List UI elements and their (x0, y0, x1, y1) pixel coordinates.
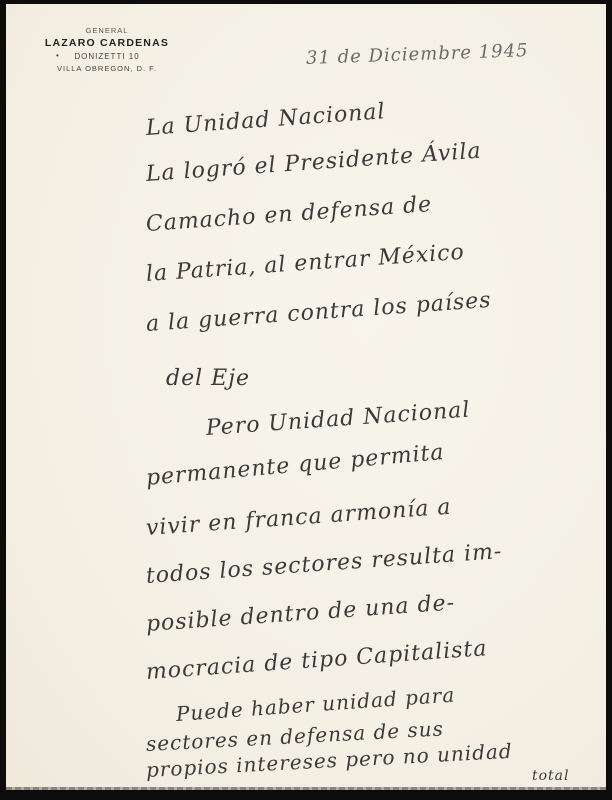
handwritten-line: posible dentro de una de- (145, 590, 456, 637)
handwritten-line: La logró el Presidente Ávila (145, 139, 482, 187)
handwritten-line: La Unidad Nacional (145, 99, 386, 141)
letterhead-rank: GENERAL (22, 26, 192, 35)
handwritten-line: la Patria, al entrar México (145, 240, 465, 287)
handwritten-line: a la guerra contra los países (145, 288, 492, 337)
handwritten-line: total (532, 768, 570, 784)
letter-date: 31 de Diciembre 1945 (306, 40, 529, 69)
handwritten-line: todos los sectores resulta im- (145, 539, 503, 589)
handwritten-line: del Eje (166, 366, 250, 391)
letterhead-city: VILLA OBREGON, D. F. (22, 64, 192, 73)
handwritten-line: mocracia de tipo Capitalista (145, 636, 488, 685)
letterhead-street-text: DONIZETTI 10 (74, 52, 139, 61)
handwritten-line: vivir en franca armonía a (145, 495, 452, 541)
letter-page: GENERAL LAZARO CARDENAS • DONIZETTI 10 V… (6, 4, 606, 790)
letterhead: GENERAL LAZARO CARDENAS • DONIZETTI 10 V… (22, 26, 192, 73)
handwritten-line: Camacho en defensa de (145, 192, 433, 237)
letterhead-street: • DONIZETTI 10 (22, 52, 192, 61)
letterhead-name: LAZARO CARDENAS (22, 37, 192, 49)
handwritten-line: permanente que permita (145, 440, 446, 491)
bullet-icon: • (56, 51, 60, 60)
handwritten-line: Pero Unidad Nacional (205, 398, 471, 441)
page-bottom-edge (6, 787, 606, 790)
